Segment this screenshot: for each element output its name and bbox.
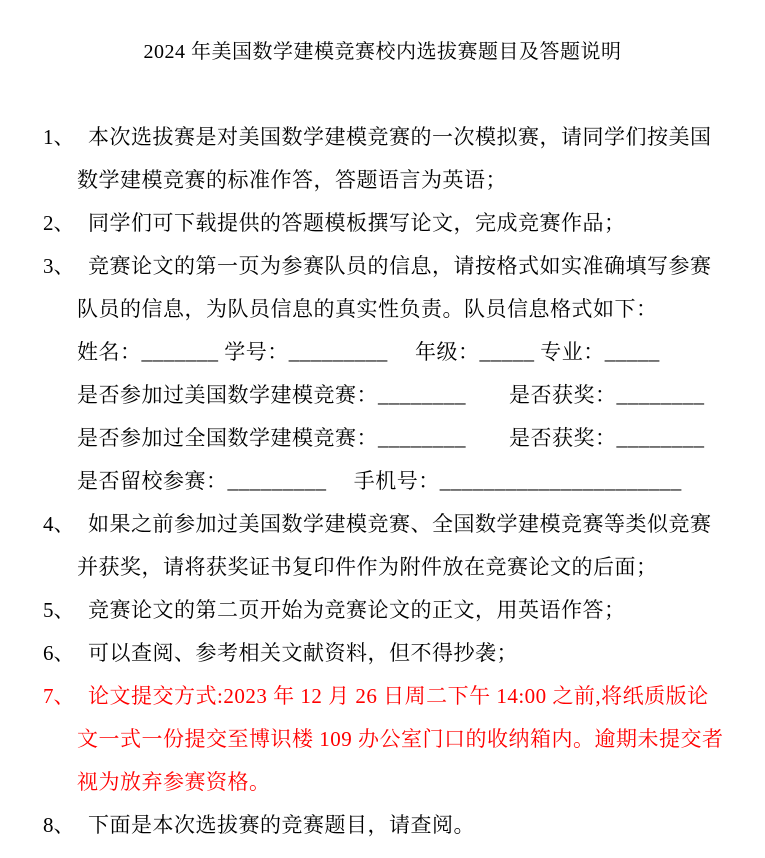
item-6-line-1-text: 可以查阅、参考相关文献资料，但不得抄袭；: [88, 641, 518, 665]
form-line-stay-phone-text: 是否留校参赛：_________ 手机号：___________________…: [77, 469, 682, 493]
document-title: 2024 年美国数学建模竞赛校内选拔赛题目及答题说明: [0, 0, 765, 67]
item-1-line-2: 数学建模竞赛的标准作答，答题语言为英语；: [0, 159, 765, 202]
item-4-line-2: 并获奖，请将获奖证书复印件作为附件放在竞赛论文的后面；: [0, 546, 765, 589]
item-5-line-1-marker: 5、: [43, 589, 75, 632]
item-2-line-1-text: 同学们可下载提供的答题模板撰写论文，完成竞赛作品；: [88, 211, 626, 235]
item-7-line-3-text: 视为放弃参赛资格。: [77, 770, 271, 794]
item-3-line-1-marker: 3、: [43, 245, 75, 288]
item-3-line-1: 3、竞赛论文的第一页为参赛队员的信息，请按格式如实准确填写参赛: [0, 245, 765, 288]
form-line-name-id: 姓名：_______ 学号：_________ 年级：_____ 专业：____…: [0, 331, 765, 374]
item-3-line-1-text: 竞赛论文的第一页为参赛队员的信息，请按格式如实准确填写参赛: [88, 254, 712, 278]
item-2-line-1: 2、同学们可下载提供的答题模板撰写论文，完成竞赛作品；: [0, 202, 765, 245]
item-1-line-1-text: 本次选拔赛是对美国数学建模竞赛的一次模拟赛，请同学们按美国: [88, 125, 712, 149]
item-5-line-1-text: 竞赛论文的第二页开始为竞赛论文的正文，用英语作答；: [88, 598, 626, 622]
item-7-line-1: 7、论文提交方式:2023 年 12 月 26 日周二下午 14:00 之前,将…: [0, 675, 765, 718]
form-line-national-contest-text: 是否参加过全国数学建模竞赛：________ 是否获奖：________: [77, 426, 705, 450]
item-8-line-1-marker: 8、: [43, 804, 75, 847]
item-2-line-1-marker: 2、: [43, 202, 75, 245]
document-page: 2024 年美国数学建模竞赛校内选拔赛题目及答题说明 1、本次选拔赛是对美国数学…: [0, 0, 765, 858]
item-5-line-1: 5、竞赛论文的第二页开始为竞赛论文的正文，用英语作答；: [0, 589, 765, 632]
item-1-line-2-text: 数学建模竞赛的标准作答，答题语言为英语；: [77, 168, 507, 192]
item-1-line-1: 1、本次选拔赛是对美国数学建模竞赛的一次模拟赛，请同学们按美国: [0, 116, 765, 159]
form-line-stay-phone: 是否留校参赛：_________ 手机号：___________________…: [0, 460, 765, 503]
item-7-line-2: 文一式一份提交至博识楼 109 办公室门口的收纳箱内。逾期未提交者: [0, 718, 765, 761]
item-4-line-1: 4、如果之前参加过美国数学建模竞赛、全国数学建模竞赛等类似竞赛: [0, 503, 765, 546]
item-7-line-1-text: 论文提交方式:2023 年 12 月 26 日周二下午 14:00 之前,将纸质…: [88, 684, 709, 708]
form-line-national-contest: 是否参加过全国数学建模竞赛：________ 是否获奖：________: [0, 417, 765, 460]
item-4-line-1-marker: 4、: [43, 503, 75, 546]
document-lines: 1、本次选拔赛是对美国数学建模竞赛的一次模拟赛，请同学们按美国数学建模竞赛的标准…: [0, 116, 765, 847]
item-4-line-1-text: 如果之前参加过美国数学建模竞赛、全国数学建模竞赛等类似竞赛: [88, 512, 712, 536]
item-3-line-2-text: 队员的信息，为队员信息的真实性负责。队员信息格式如下：: [77, 297, 658, 321]
item-8-line-1-text: 下面是本次选拔赛的竞赛题目，请查阅。: [88, 813, 475, 837]
form-line-us-contest-text: 是否参加过美国数学建模竞赛：________ 是否获奖：________: [77, 383, 705, 407]
form-line-us-contest: 是否参加过美国数学建模竞赛：________ 是否获奖：________: [0, 374, 765, 417]
item-7-line-1-marker: 7、: [43, 675, 75, 718]
item-6-line-1-marker: 6、: [43, 632, 75, 675]
item-3-line-2: 队员的信息，为队员信息的真实性负责。队员信息格式如下：: [0, 288, 765, 331]
item-7-line-2-text: 文一式一份提交至博识楼 109 办公室门口的收纳箱内。逾期未提交者: [77, 727, 724, 751]
item-8-line-1: 8、下面是本次选拔赛的竞赛题目，请查阅。: [0, 804, 765, 847]
item-4-line-2-text: 并获奖，请将获奖证书复印件作为附件放在竞赛论文的后面；: [77, 555, 658, 579]
item-6-line-1: 6、可以查阅、参考相关文献资料，但不得抄袭；: [0, 632, 765, 675]
item-7-line-3: 视为放弃参赛资格。: [0, 761, 765, 804]
form-line-name-id-text: 姓名：_______ 学号：_________ 年级：_____ 专业：____…: [77, 340, 660, 364]
item-1-line-1-marker: 1、: [43, 116, 75, 159]
